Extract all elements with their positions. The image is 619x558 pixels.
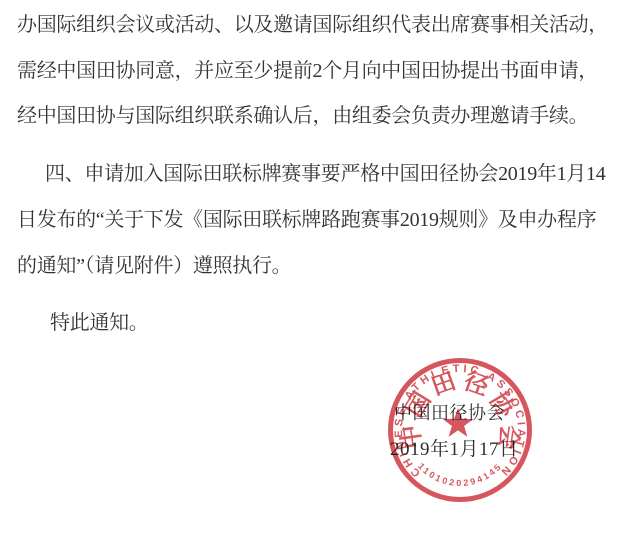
body-line-6: 的通知”（请见附件）遵照执行。: [17, 254, 291, 278]
svg-text:1101020294145: 1101020294145: [416, 461, 504, 488]
official-seal: CHINESE ATHLETIC ASSOCIATION 11010202941…: [378, 348, 543, 513]
seal-serial-number: 1101020294145: [416, 461, 504, 488]
star-icon: [443, 408, 473, 437]
body-line-1: 办国际组织会议或活动、以及邀请国际组织代表出席赛事相关活动，: [17, 13, 608, 37]
body-line-3: 经中国田协与国际组织联系确认后，由组委会负责办理邀请手续。: [17, 104, 588, 128]
body-line-4: 四、申请加入国际田联标牌赛事要严格中国田径协会2019年1月14: [45, 162, 605, 186]
body-line-2: 需经中国田协同意，并应至少提前2个月向中国田协提出书面申请，: [17, 59, 598, 83]
document-page: 办国际组织会议或活动、以及邀请国际组织代表出席赛事相关活动， 需经中国田协同意，…: [0, 0, 619, 558]
body-line-7: 特此通知。: [50, 311, 149, 335]
body-line-5: 日发布的“关于下发《国际田联标牌路跑赛事2019规则》及申办程序: [17, 208, 596, 232]
